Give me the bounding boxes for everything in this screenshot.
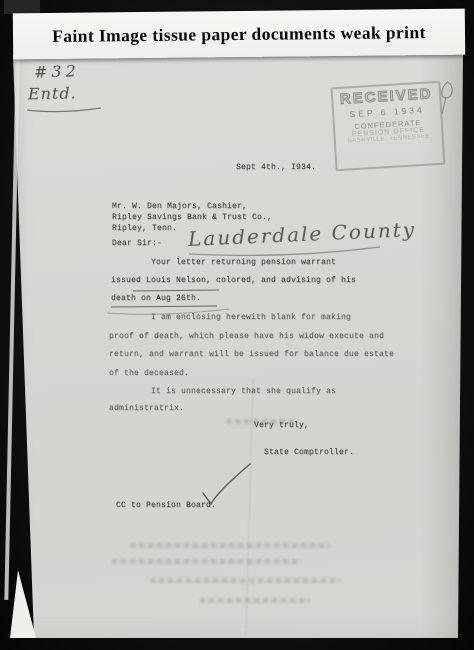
bleed-through-text	[150, 578, 340, 583]
entered-annotation: Entd.	[28, 84, 77, 104]
body-line: administratrix.	[109, 404, 184, 413]
body-line: Your letter returning pension warrant	[151, 258, 336, 267]
received-stamp: RECEIVED SEP 6 1934 CONFEDERATE PENSION …	[331, 81, 446, 172]
date-line: Sept 4th., I934.	[236, 163, 316, 172]
address-line: Ripley, Tenn.	[112, 224, 177, 233]
body-line: of the deceased.	[109, 369, 189, 378]
body-line: proof of death, which please have his wi…	[109, 332, 384, 341]
bleed-through-text	[200, 598, 310, 603]
case-number-annotation: #32	[34, 61, 80, 82]
scanner-corner-tab	[4, 0, 40, 14]
body-line: return, and warrant will be issued for b…	[109, 350, 394, 359]
body-line: It is unnecessary that she qualify as	[151, 387, 336, 396]
body-line: I am enclosing herewith blank for making	[151, 313, 351, 322]
cc-line: CC to Pension Board.	[116, 501, 216, 510]
archive-note-banner: Faint Image tissue paper documents weak …	[13, 9, 465, 60]
archive-note-label: Faint Image tissue paper documents weak …	[52, 22, 426, 47]
body-line: issued Louis Nelson, colored, and advisi…	[111, 276, 356, 285]
salutation: Dear Sir:-	[112, 239, 162, 248]
page-edge-sliver	[4, 60, 19, 600]
bleed-through-text	[112, 559, 302, 564]
bleed-through-text	[130, 543, 330, 548]
address-line: Ripley Savings Bank & Trust Co.,	[112, 213, 272, 222]
address-line: Mr. W. Den Majors, Cashier,	[112, 202, 247, 211]
body-line: death on Aug 26th.	[111, 294, 201, 303]
scanned-document-page: Faint Image tissue paper documents weak …	[0, 0, 474, 650]
signature-line: State Comptroller.	[264, 448, 354, 457]
closing-line: Very truly,	[254, 421, 309, 430]
